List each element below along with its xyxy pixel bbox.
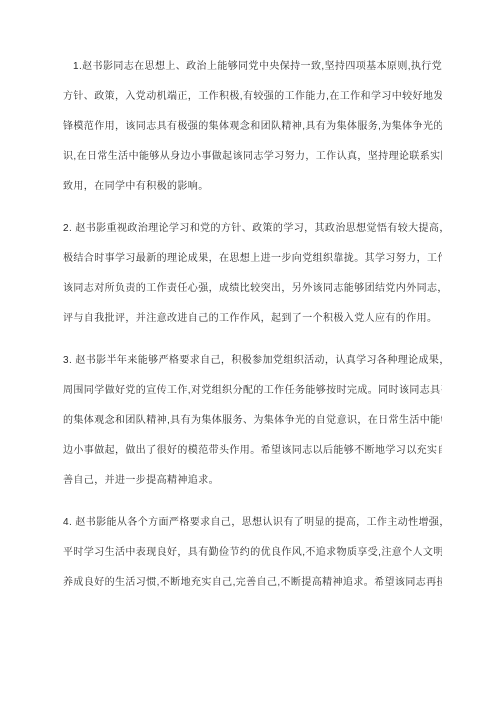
text-line: 评与自我批评，并注意改进自己的工作作风，起到了一个积极入党人应有的作用。 (63, 304, 442, 334)
text-line: 2. 赵书影重视政治理论学习和党的方针、政策的学习，其政治思想觉悟有较大提高，能… (63, 214, 442, 244)
text-line: 极结合时事学习最新的理论成果，在思想上进一步向党组织靠拢。其学习努力，工作认真， (63, 244, 442, 274)
paragraph-1: 1.赵书影同志在思想上、政治上能够同党中央保持一致,坚持四项基本原则,执行党的路… (63, 52, 442, 202)
text-line: 该同志对所负责的工作责任心强，成绩比较突出，另外该同志能够团结党内外同志，开展批 (63, 274, 442, 304)
text-line: 识,在日常生活中能够从身边小事做起该同志学习努力，工作认真，坚持理论联系实际,学… (63, 142, 442, 172)
text-line: 3. 赵书影半年来能够严格要求自己，积极参加党组织活动，认真学习各种理论成果，并… (63, 346, 442, 376)
document-page: 1.赵书影同志在思想上、政治上能够同党中央保持一致,坚持四项基本原则,执行党的路… (0, 0, 500, 707)
text-line: 1.赵书影同志在思想上、政治上能够同党中央保持一致,坚持四项基本原则,执行党的路… (63, 52, 442, 82)
text-line: 养成良好的生活习惯,不断地充实自己,完善自己,不断提高精神追求。希望该同志再接再… (63, 568, 442, 598)
text-line: 致用，在同学中有积极的影响。 (63, 172, 442, 202)
text-line: 的集体观念和团队精神,具有为集体服务、为集体争光的自觉意识，在日常生活中能够从身 (63, 406, 442, 436)
text-line: 边小事做起，做出了很好的模范带头作用。希望该同志以后能够不断地学习以充实自己，完 (63, 436, 442, 466)
text-line: 4. 赵书影能从各个方面严格要求自己，思想认识有了明显的提高，工作主动性增强，并… (63, 508, 442, 538)
text-line: 方针、政策，入党动机端正，工作积极,有较强的工作能力,在工作和学习中较好地发挥了… (63, 82, 442, 112)
paragraph-4: 4. 赵书影能从各个方面严格要求自己，思想认识有了明显的提高，工作主动性增强，并… (63, 508, 442, 598)
text-line: 平时学习生活中表现良好，具有勤俭节约的优良作风,不追求物质享受,注意个人文明素质… (63, 538, 442, 568)
paragraph-2: 2. 赵书影重视政治理论学习和党的方针、政策的学习，其政治思想觉悟有较大提高，能… (63, 214, 442, 334)
paragraph-3: 3. 赵书影半年来能够严格要求自己，积极参加党组织活动，认真学习各种理论成果，并… (63, 346, 442, 496)
text-line: 锋模范作用，该同志具有极强的集体观念和团队精神,具有为集体服务,为集体争光的自觉… (63, 112, 442, 142)
text-line: 周围同学做好党的宣传工作,对党组织分配的工作任务能够按时完成。同时该同志具有较强 (63, 376, 442, 406)
text-line: 善自己，并进一步提高精神追求。 (63, 466, 442, 496)
